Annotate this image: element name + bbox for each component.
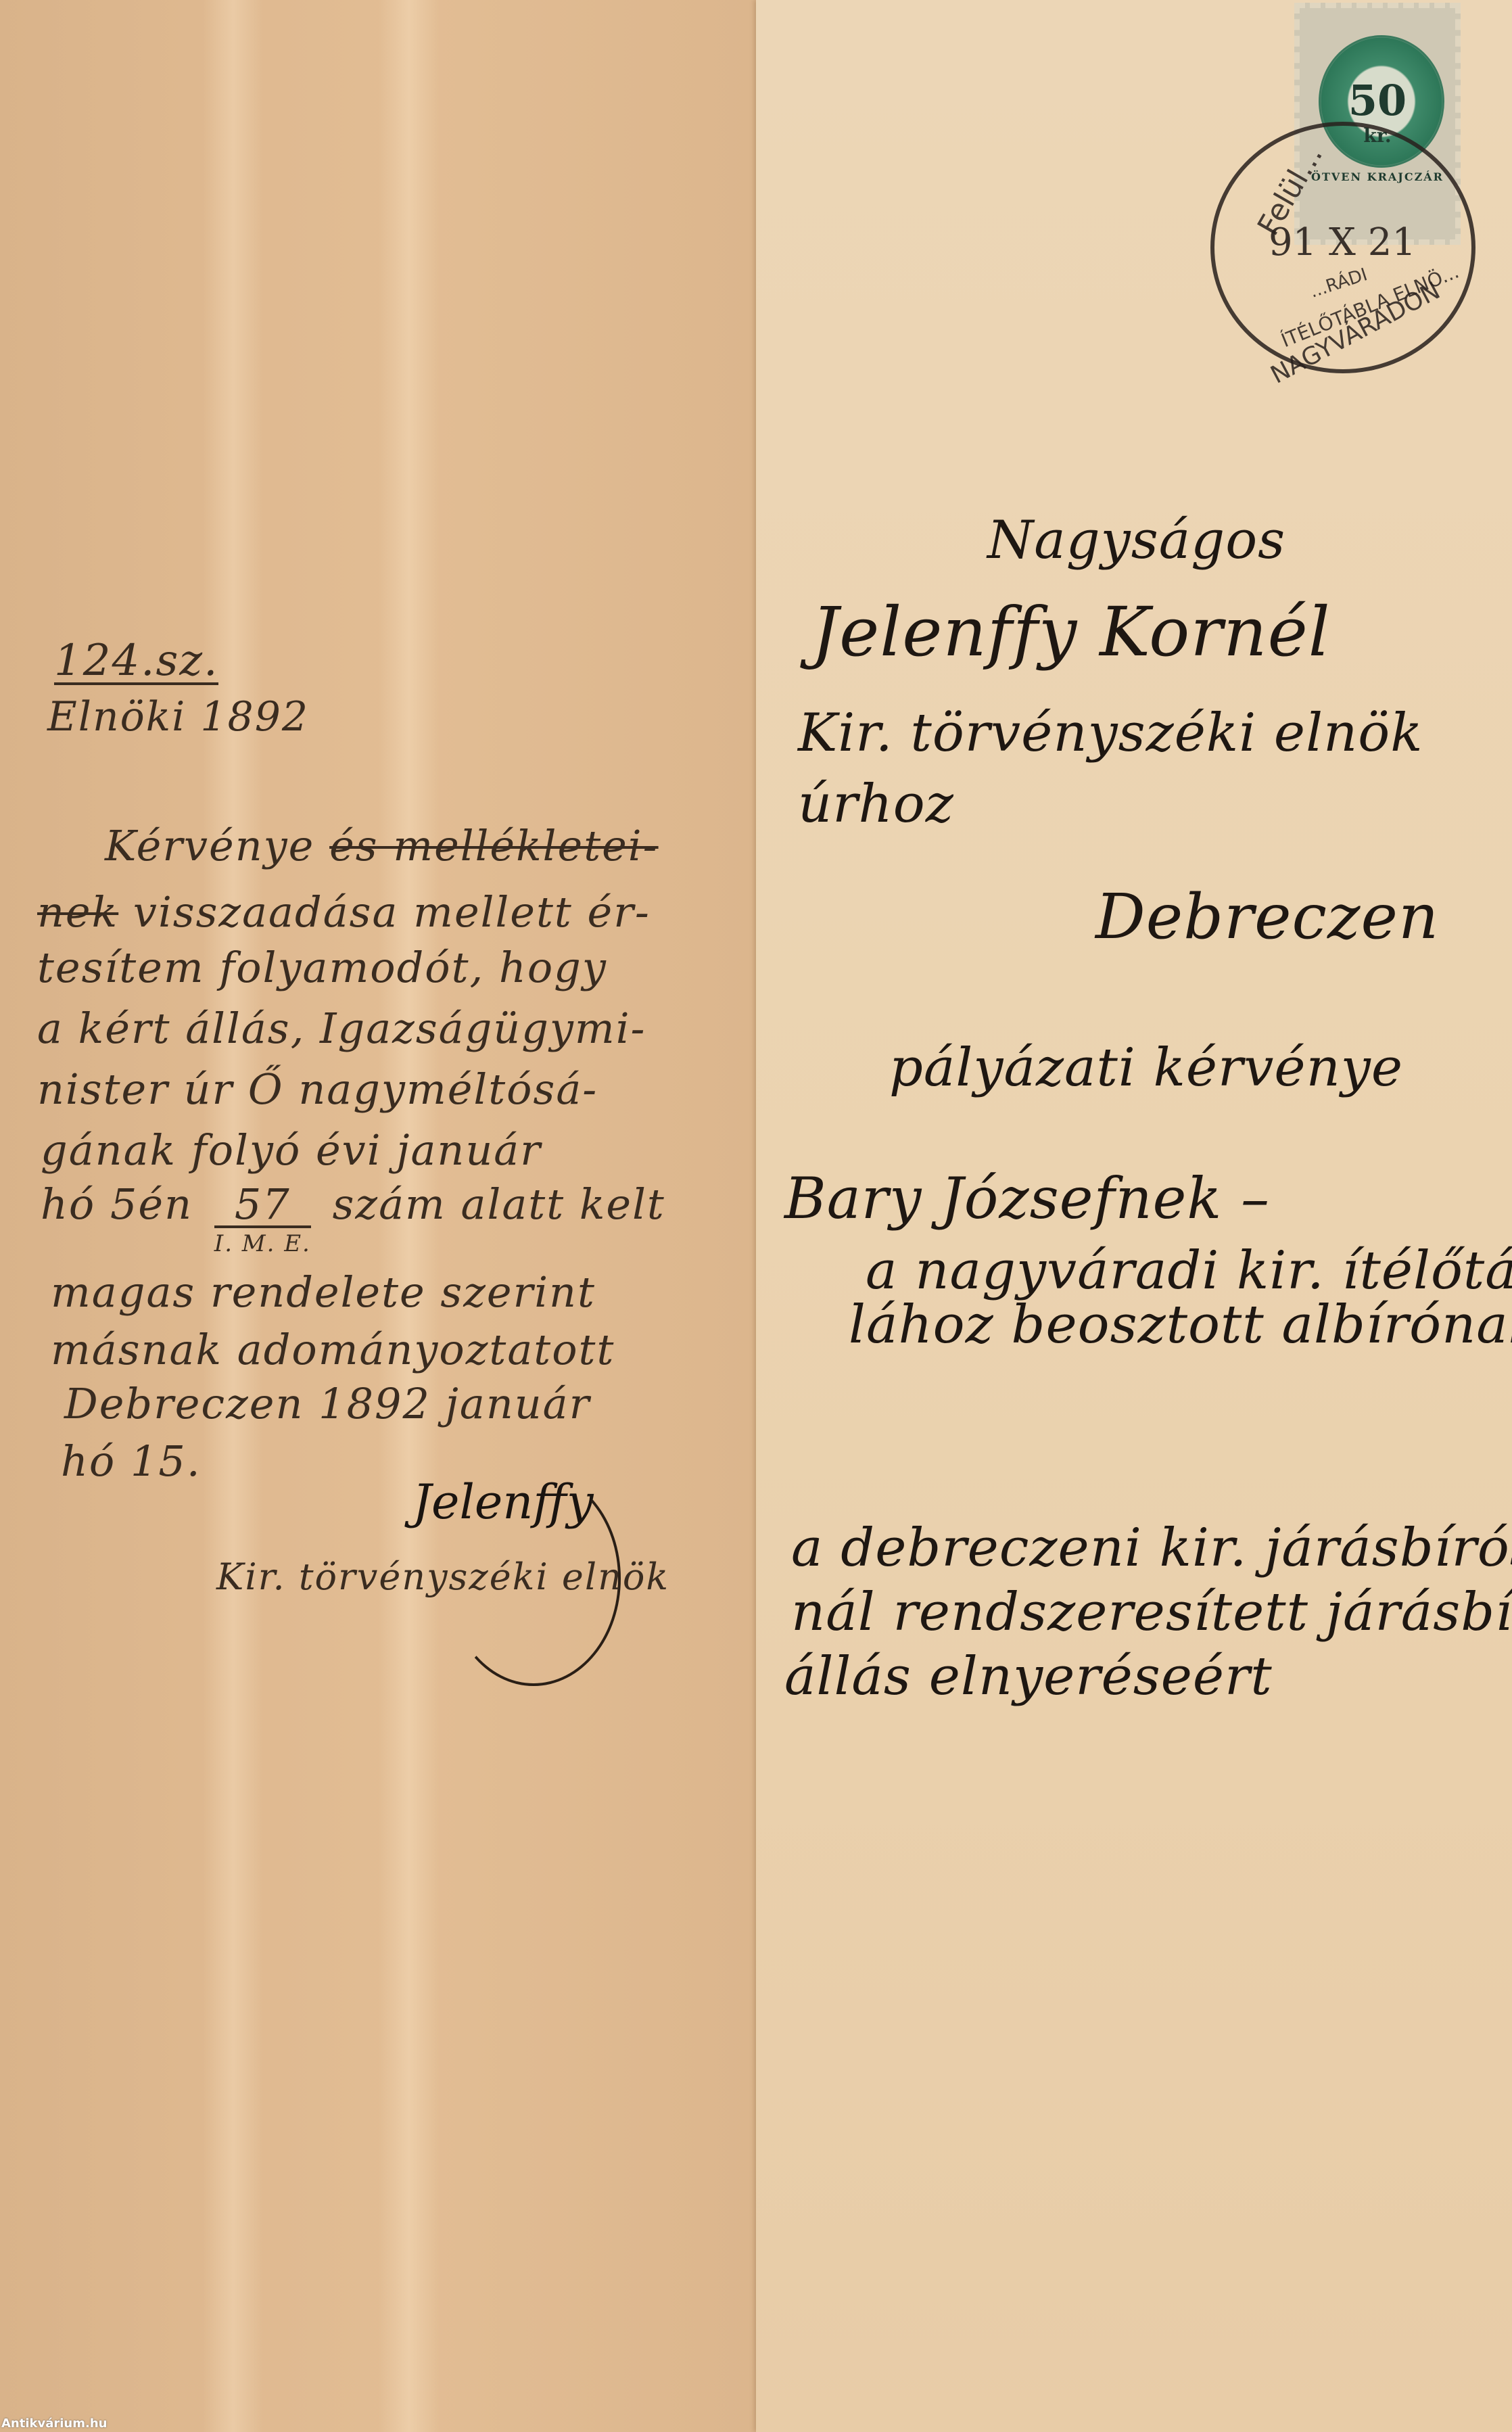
- stamp-value: 50: [1300, 76, 1455, 125]
- note-line-10: Debreczen 1892 január: [64, 1383, 590, 1425]
- purpose-line-3: állás elnyeréseért: [784, 1650, 1273, 1703]
- note-line-2-text: visszaadása mellett ér-: [133, 887, 651, 937]
- note-line-9: másnak adományoztatott: [51, 1329, 615, 1371]
- note-line-7-after: szám alatt kelt: [333, 1179, 665, 1229]
- applicant-line-1: Bary Józsefnek –: [784, 1170, 1270, 1227]
- note-line-8: magas rendelete szerint: [51, 1271, 596, 1313]
- note-line-1-struck: és mellékletei-: [329, 821, 659, 870]
- note-line-2-struck: nek: [37, 887, 118, 937]
- note-line-7: hó 5én 57 I. M. E. szám alatt kelt: [41, 1184, 665, 1255]
- fraction-denominator: I. M. E.: [214, 1232, 311, 1255]
- addressee-honorific: úrhoz: [798, 778, 954, 831]
- city: Debreczen: [1095, 886, 1439, 948]
- subject: pályázati kérvénye: [889, 1042, 1403, 1094]
- watermark: Antikvárium.hu: [1, 2416, 107, 2431]
- applicant-line-2: a nagyváradi kir. ítélőtáb-: [866, 1244, 1512, 1297]
- postmark-line-1: ...RÁDI: [1308, 264, 1370, 302]
- signature-title: Kir. törvényszéki elnök: [216, 1559, 669, 1595]
- purpose-line-1: a debreczeni kir. járásbíróság-: [791, 1522, 1512, 1574]
- note-line-6: gának folyó évi január: [41, 1129, 542, 1171]
- note-line-3: tesítem folyamodót, hogy: [37, 947, 607, 989]
- note-line-2: nek visszaadása mellett ér-: [37, 891, 651, 933]
- order-fraction: 57 I. M. E.: [214, 1184, 311, 1255]
- postmark-date: 91 X 21: [1269, 220, 1416, 264]
- note-line-11: hó 15.: [61, 1441, 202, 1482]
- note-line-4: a kért állás, Igazságügymi-: [37, 1008, 646, 1050]
- addressee-title: Kir. törvényszéki elnök: [798, 707, 1423, 759]
- note-line-1-text: Kérvénye: [105, 821, 329, 870]
- reference-number: 124.sz.: [54, 639, 218, 685]
- addressee-name: Jelenffy Kornél: [811, 599, 1331, 666]
- applicant-line-3: lához beosztott albírónak: [849, 1299, 1512, 1351]
- note-line-1: Kérvénye és mellékletei-: [105, 825, 659, 867]
- note-line-5: nister úr Ő nagyméltósá-: [37, 1069, 598, 1110]
- note-line-7-before: hó 5én: [41, 1179, 193, 1229]
- reference-sub: Elnöki 1892: [47, 697, 309, 737]
- postmark-cancel: Felül... 91 X 21 ...RÁDI ÍTÉLŐTÁBLA ELNÖ…: [1210, 122, 1475, 373]
- salutation: Nagyságos: [987, 514, 1285, 567]
- purpose-line-2: nál rendszeresített járásbírói: [791, 1586, 1512, 1639]
- fraction-numerator: 57: [214, 1184, 311, 1228]
